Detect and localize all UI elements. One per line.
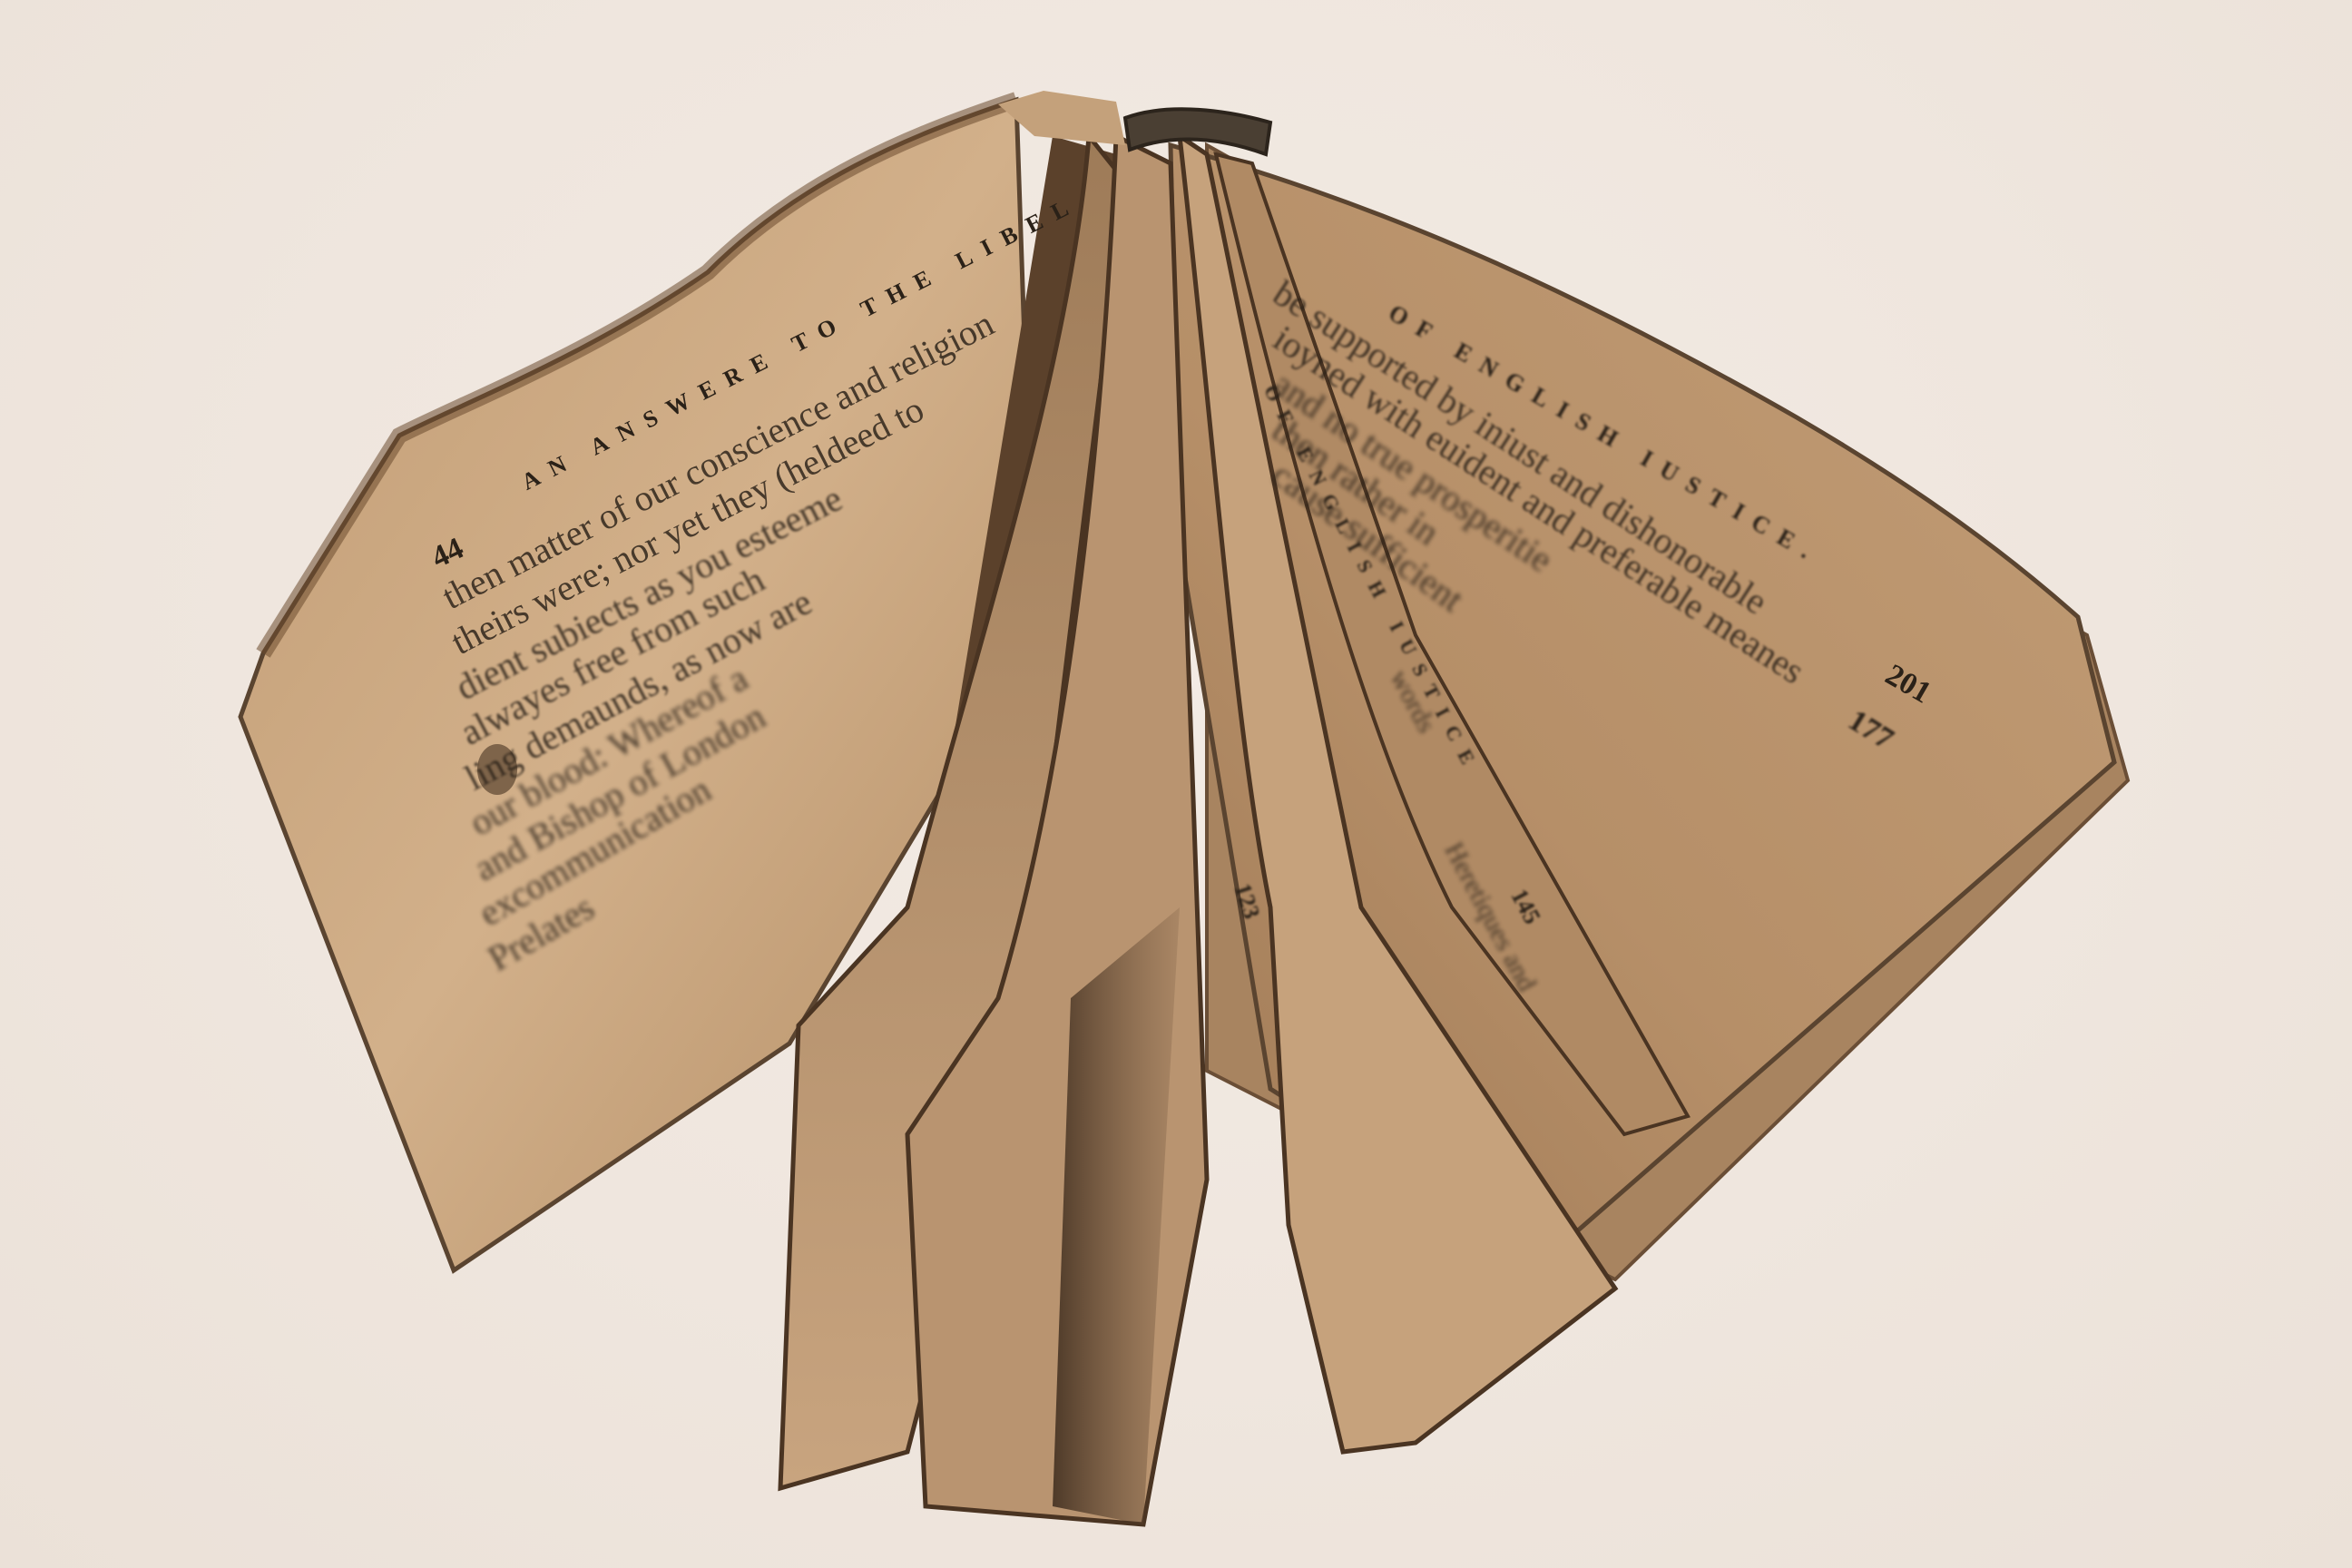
book-photograph: 44 AN ANSWERE TO THE LIBEL then matter o… [0, 0, 2352, 1568]
book-shapes [0, 0, 2352, 1568]
